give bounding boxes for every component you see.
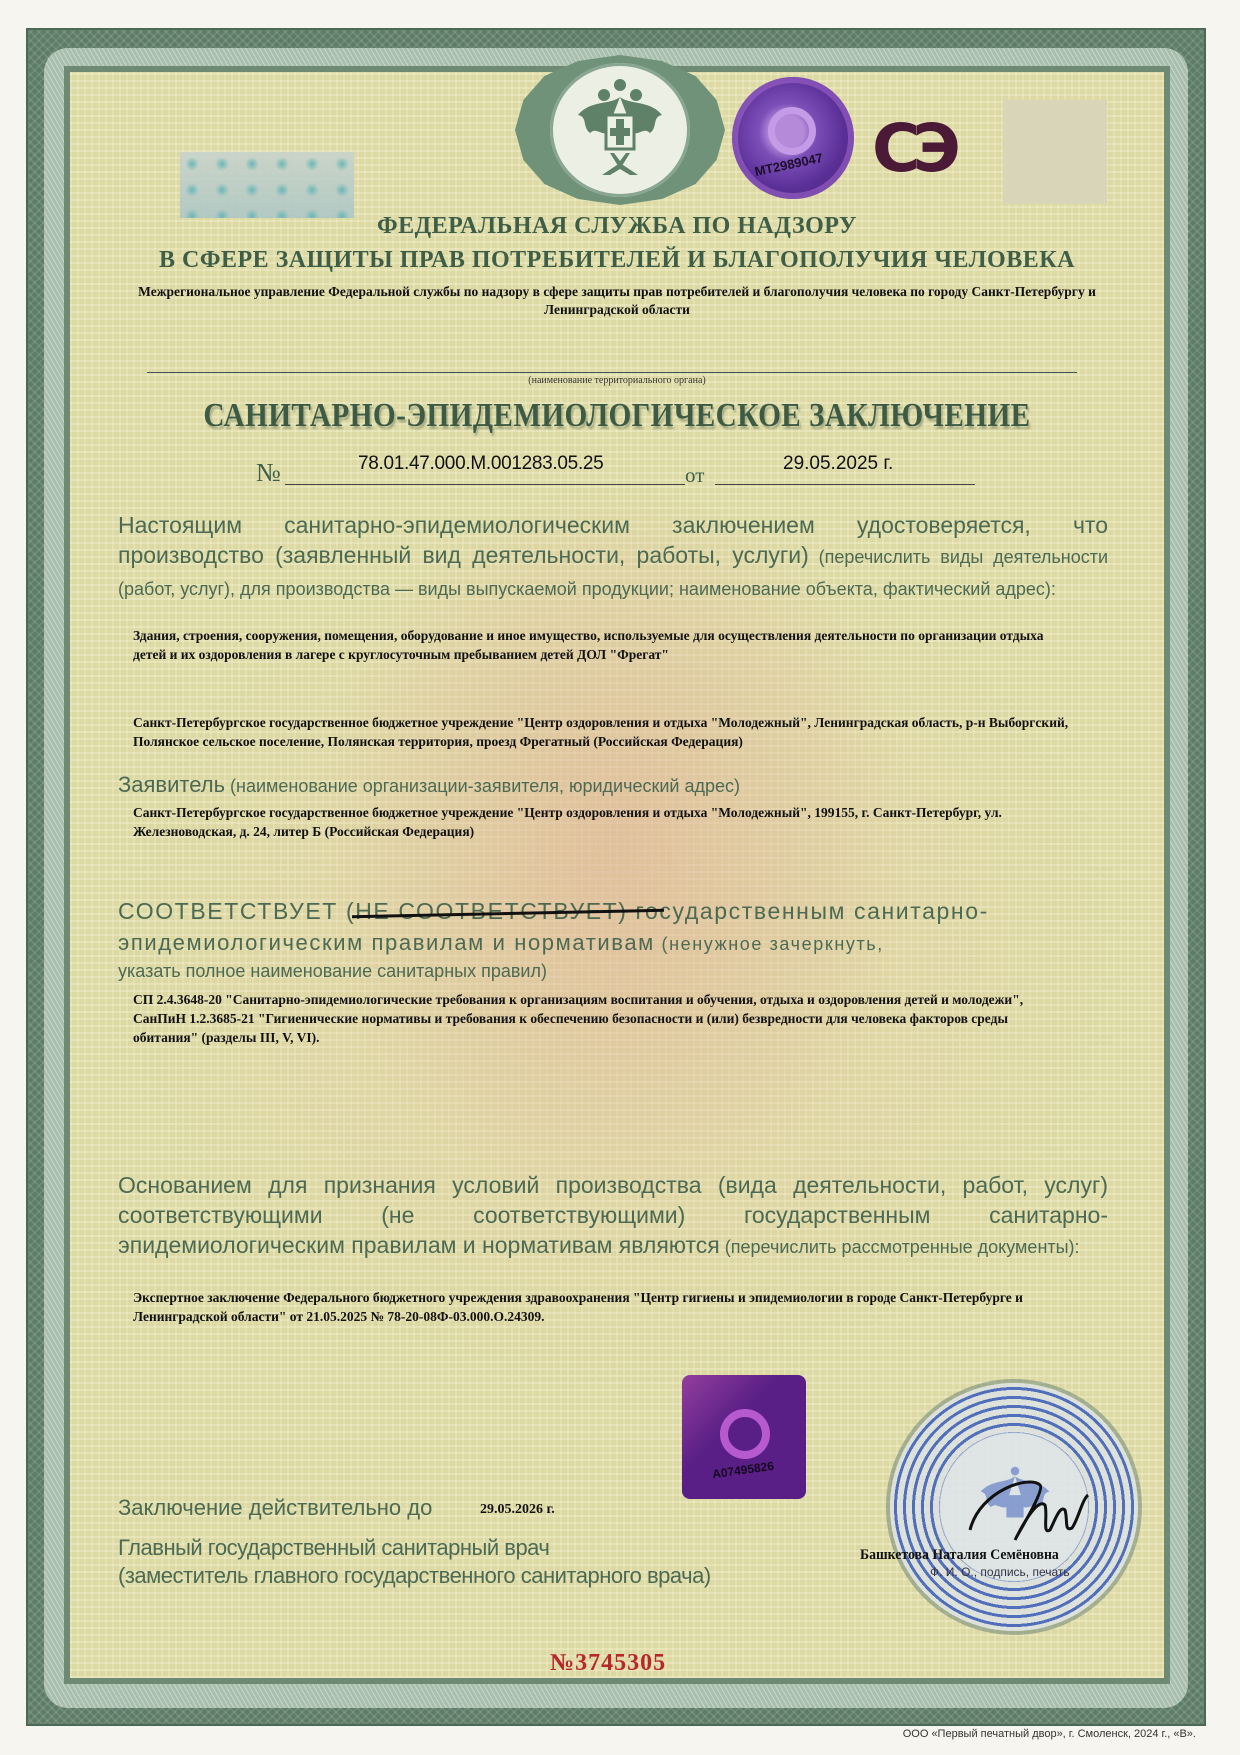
signature <box>960 1470 1110 1550</box>
validity-date: 29.05.2026 г. <box>480 1500 555 1519</box>
form-serial-number: №3745305 <box>550 1650 666 1677</box>
hologram-sticker: А07495826 <box>682 1375 806 1499</box>
compliance-line2-hint: (ненужное зачеркнуть, <box>655 934 884 954</box>
number-label: № <box>256 458 281 488</box>
date-label: от <box>685 463 704 488</box>
signatory-title-1: Главный государственный санитарный врач <box>118 1535 549 1561</box>
agency-name-line2: В СФЕРЕ ЗАЩИТЫ ПРАВ ПОТРЕБИТЕЛЕЙ И БЛАГО… <box>70 247 1164 274</box>
basis-documents: Экспертное заключение Федерального бюдже… <box>133 1288 1073 1326</box>
territorial-body-caption: (наименование территориального органа) <box>70 375 1164 386</box>
applicant-label-main: Заявитель <box>118 772 225 797</box>
hologram-seal: МТ2989047 <box>732 77 854 199</box>
basis-text: Основанием для признания условий произво… <box>118 1170 1108 1262</box>
compliance-line2-main: эпидемиологическим правилам и нормативам <box>118 930 655 955</box>
blank-field <box>1003 100 1107 204</box>
basis-text-hint: (перечислить рассмотренные документы): <box>720 1237 1080 1257</box>
object-address: Санкт-Петербургское государственное бюдж… <box>133 713 1073 751</box>
rospotrebnadzor-emblem <box>515 55 725 205</box>
divider <box>147 372 1077 373</box>
hologram-logo-icon <box>720 1409 770 1459</box>
compliance-line1: СООТВЕТСТВУЕТ (НЕ СООТВЕТСТВУЕТ) государ… <box>118 898 1108 925</box>
signatory-title-2: (заместитель главного государственного с… <box>118 1563 711 1589</box>
sanitary-rules: СП 2.4.3648-20 "Санитарно-эпидемиологиче… <box>133 990 1073 1047</box>
hologram-strip <box>180 152 354 218</box>
object-description: Здания, строения, сооружения, помещения,… <box>133 626 1073 664</box>
non-compliance-struck: (НЕ СООТВЕТСТВУЕТ) <box>346 898 628 925</box>
se-mark-logo: СЭ <box>872 110 953 187</box>
signer-caption: Ф. И. О., подпись, печать <box>930 1565 1070 1579</box>
document-title: САНИТАРНО-ЭПИДЕМИОЛОГИЧЕСКОЕ ЗАКЛЮЧЕНИЕ <box>147 397 1088 435</box>
compliance-line3: указать полное наименование санитарных п… <box>118 961 1108 982</box>
emblem-oval <box>550 63 690 197</box>
compliance-line1-rest: государственным санитарно- <box>628 898 989 924</box>
territorial-body: Межрегиональное управление Федеральной с… <box>70 283 1164 319</box>
issue-date: 29.05.2025 г. <box>783 453 893 475</box>
double-headed-eagle-icon <box>570 75 670 185</box>
compliance-line2: эпидемиологическим правилам и нормативам… <box>118 930 1108 956</box>
date-underline <box>715 484 975 485</box>
signer-name: Башкетова Наталия Семёновна <box>860 1547 1059 1564</box>
applicant-label-hint: (наименование организации-заявителя, юри… <box>225 776 740 796</box>
number-underline <box>285 484 685 485</box>
hologram-logo-icon <box>768 107 816 155</box>
printer-imprint: ООО «Первый печатный двор», г. Смоленск,… <box>903 1728 1196 1740</box>
applicant-value: Санкт-Петербургское государственное бюдж… <box>133 803 1073 841</box>
hologram-sticker-code: А07495826 <box>711 1459 774 1482</box>
applicant-label: Заявитель (наименование организации-заяв… <box>118 772 1108 798</box>
document-number: 78.01.47.000.М.001283.05.25 <box>358 453 603 475</box>
agency-name-line1: ФЕДЕРАЛЬНАЯ СЛУЖБА ПО НАДЗОРУ <box>70 213 1164 240</box>
validity-label: Заключение действительно до <box>118 1495 432 1521</box>
certifies-intro: Настоящим санитарно-эпидемиологическим з… <box>118 510 1108 604</box>
compliance-status: СООТВЕТСТВУЕТ <box>118 898 338 924</box>
